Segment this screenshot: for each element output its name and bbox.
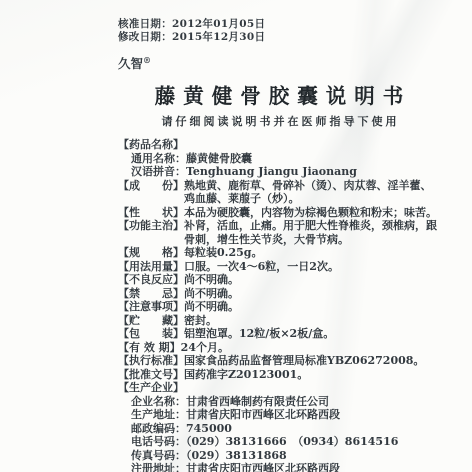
row-pinyin-name: 汉语拼音：Tenghuang Jiangu Jiaonang xyxy=(118,165,440,179)
section-text: 尚不明确。 xyxy=(184,300,440,314)
revision-date-label: 修改日期： xyxy=(118,31,172,43)
page-subtitle: 请仔细阅读说明书并在医师指导下使用 xyxy=(118,113,440,129)
approval-date-value: 2012年01月05日 xyxy=(172,18,265,30)
section-text: 铝塑泡罩。12粒/板×2板/盒。 xyxy=(184,327,440,341)
row-text: 汉语拼音：Tenghuang Jiangu Jiaonang xyxy=(131,165,440,179)
section-label: 【不良反应】 xyxy=(118,273,184,287)
row-text: 生产地址：甘肃省庆阳市西峰区北环路西段 xyxy=(131,408,440,422)
section-adverse-reactions: 【不良反应】尚不明确。 xyxy=(118,273,440,287)
section-label: 【生产企业】 xyxy=(118,381,184,395)
revision-date-line: 修改日期：2015年12月30日 xyxy=(118,31,440,44)
section-text: 24个月。 xyxy=(181,341,440,355)
row-postal-code: 邮政编码：745000 xyxy=(118,422,440,436)
row-text: 电话号码：（029）38131666 （0934）8614516 xyxy=(131,435,440,449)
row-text: 邮政编码：745000 xyxy=(131,422,440,436)
document-photo: 核准日期：2012年01月05日 修改日期：2015年12月30日 久智® 藤黄… xyxy=(0,0,472,472)
registered-trademark-mark: ® xyxy=(143,55,151,65)
section-ingredients: 【成 份】熟地黄、鹿衔草、骨碎补（烫）、肉苁蓉、淫羊藿、鸡血藤、莱菔子（炒）。 xyxy=(118,179,440,206)
row-text: 传真号码：（029）38131868 xyxy=(131,449,440,463)
section-label: 【批准文号】 xyxy=(118,368,184,382)
section-contraindications: 【禁 忌】尚不明确。 xyxy=(118,287,440,301)
section-text: 密封。 xyxy=(184,314,440,328)
section-label: 【有 效 期】 xyxy=(118,341,181,355)
section-label: 【禁 忌】 xyxy=(118,287,184,301)
section-text: 本品为硬胶囊，内容物为棕褐色颗粒和粉末；味苦。 xyxy=(184,206,440,220)
page-title: 藤黄健骨胶囊说明书 xyxy=(118,79,440,109)
section-functions-indications: 【功能主治】补肾，活血，止痛。用于肥大性脊椎炎，颈椎病，跟骨刺，增生性关节炎，大… xyxy=(118,219,440,246)
row-text: 注册地址：甘肃省庆阳市西峰区北环路西段 xyxy=(131,462,440,472)
section-text: 尚不明确。 xyxy=(184,273,440,287)
section-label: 【注意事项】 xyxy=(118,300,184,314)
section-text: 国家食品药品监督管理局标准YBZ06272008。 xyxy=(184,354,440,368)
sections-list: 【药品名称】 通用名称：藤黄健骨胶囊 汉语拼音：Tenghuang Jiangu… xyxy=(118,138,440,472)
section-drug-name-header: 【药品名称】 xyxy=(118,138,440,152)
section-label: 【功能主治】 xyxy=(118,219,184,246)
section-text: 口服。一次4～6粒，一日2次。 xyxy=(184,260,440,274)
brand-name: 久智® xyxy=(118,54,440,72)
section-dosage: 【用法用量】口服。一次4～6粒，一日2次。 xyxy=(118,260,440,274)
row-company-name: 企业名称：甘肃省西峰制药有限责任公司 xyxy=(118,395,440,409)
row-text: 企业名称：甘肃省西峰制药有限责任公司 xyxy=(131,395,440,409)
section-description: 【性 状】本品为硬胶囊，内容物为棕褐色颗粒和粉末；味苦。 xyxy=(118,206,440,220)
approval-date-line: 核准日期：2012年01月05日 xyxy=(118,18,440,31)
row-telephone-number: 电话号码：（029）38131666 （0934）8614516 xyxy=(118,435,440,449)
section-label: 【药品名称】 xyxy=(118,138,184,152)
section-text: 尚不明确。 xyxy=(184,287,440,301)
section-label: 【用法用量】 xyxy=(118,260,184,274)
section-text: 补肾，活血，止痛。用于肥大性脊椎炎，颈椎病，跟骨刺，增生性关节炎，大骨节病。 xyxy=(184,219,440,246)
section-precautions: 【注意事项】尚不明确。 xyxy=(118,300,440,314)
row-text: 通用名称：藤黄健骨胶囊 xyxy=(131,152,440,166)
section-label: 【包 装】 xyxy=(118,327,184,341)
section-text: 熟地黄、鹿衔草、骨碎补（烫）、肉苁蓉、淫羊藿、鸡血藤、莱菔子（炒）。 xyxy=(184,179,440,206)
row-fax-number: 传真号码：（029）38131868 xyxy=(118,449,440,463)
section-specification: 【规 格】每粒装0.25g。 xyxy=(118,246,440,260)
section-packaging: 【包 装】铝塑泡罩。12粒/板×2板/盒。 xyxy=(118,327,440,341)
section-label: 【性 状】 xyxy=(118,206,184,220)
section-label: 【成 份】 xyxy=(118,179,184,206)
instruction-sheet: 核准日期：2012年01月05日 修改日期：2015年12月30日 久智® 藤黄… xyxy=(118,18,440,472)
brand-text: 久智 xyxy=(118,56,143,71)
section-approval-number: 【批准文号】国药准字Z20123001。 xyxy=(118,368,440,382)
section-manufacturer-header: 【生产企业】 xyxy=(118,381,440,395)
approval-date-label: 核准日期： xyxy=(118,18,172,30)
row-generic-name: 通用名称：藤黄健骨胶囊 xyxy=(118,152,440,166)
section-storage: 【贮 藏】密封。 xyxy=(118,314,440,328)
section-validity-period: 【有 效 期】24个月。 xyxy=(118,341,440,355)
row-registered-address: 注册地址：甘肃省庆阳市西峰区北环路西段 xyxy=(118,462,440,472)
revision-date-value: 2015年12月30日 xyxy=(172,31,265,43)
section-text: 每粒装0.25g。 xyxy=(184,246,440,260)
date-block: 核准日期：2012年01月05日 修改日期：2015年12月30日 xyxy=(118,18,440,44)
section-text: 国药准字Z20123001。 xyxy=(184,368,440,382)
section-label: 【贮 藏】 xyxy=(118,314,184,328)
section-executive-standard: 【执行标准】国家食品药品监督管理局标准YBZ06272008。 xyxy=(118,354,440,368)
section-label: 【执行标准】 xyxy=(118,354,184,368)
row-production-address: 生产地址：甘肃省庆阳市西峰区北环路西段 xyxy=(118,408,440,422)
section-label: 【规 格】 xyxy=(118,246,184,260)
